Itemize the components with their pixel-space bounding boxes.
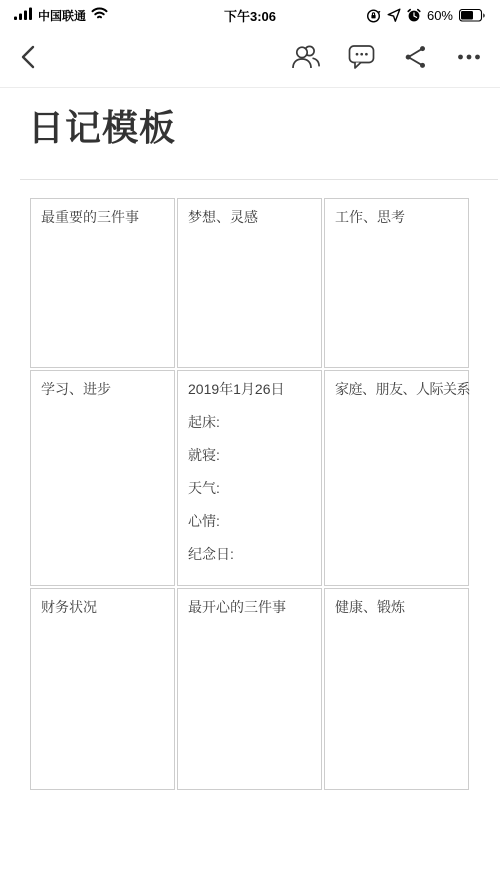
cell-text: 健康、锻炼: [335, 597, 458, 617]
table-row: 财务状况 最开心的三件事 健康、锻炼: [30, 588, 469, 790]
cell-text: 财务状况: [41, 597, 164, 617]
cell-text: 天气:: [188, 478, 311, 498]
table-cell-r2c1[interactable]: 学习、进步: [30, 370, 175, 586]
table-cell-r2c2[interactable]: 2019年1月26日 起床: 就寝: 天气: 心情: 纪念日:: [177, 370, 322, 586]
battery-percent-label: 60%: [427, 8, 453, 23]
battery-icon: [459, 9, 486, 22]
table-row: 学习、进步 2019年1月26日 起床: 就寝: 天气: 心情: 纪念日: 家庭…: [30, 370, 469, 586]
table-row: 最重要的三件事 梦想、灵感 工作、思考: [30, 198, 469, 368]
comments-button[interactable]: [348, 44, 376, 73]
date-text: 2019年1月26日: [188, 379, 311, 399]
cell-text: 梦想、灵感: [188, 207, 311, 227]
chevron-left-icon: [18, 44, 40, 73]
page-title: 日记模板: [28, 105, 500, 151]
collaborators-button[interactable]: [291, 44, 321, 73]
share-button[interactable]: [403, 44, 429, 73]
location-arrow-icon: [387, 8, 401, 22]
cell-text: 工作、思考: [335, 207, 458, 227]
cell-text: 起床:: [188, 412, 311, 432]
orientation-lock-icon: [366, 8, 381, 23]
back-button[interactable]: [18, 44, 40, 73]
people-icon: [291, 44, 321, 73]
note-content: 日记模板 最重要的三件事 梦想、灵感 工作、思考 学习、进步 2019年1月26…: [0, 105, 500, 792]
cell-text: 就寝:: [188, 445, 311, 465]
title-divider: [20, 179, 498, 180]
share-icon: [403, 44, 429, 73]
chat-bubble-icon: [348, 44, 376, 73]
table-cell-r1c2[interactable]: 梦想、灵感: [177, 198, 322, 368]
ellipsis-icon: [456, 44, 482, 73]
table-cell-r3c1[interactable]: 财务状况: [30, 588, 175, 790]
table-cell-r2c3[interactable]: 家庭、朋友、人际关系: [324, 370, 469, 586]
cell-text: 纪念日:: [188, 544, 311, 564]
cell-text: 学习、进步: [41, 379, 164, 399]
more-button[interactable]: [456, 44, 482, 73]
cell-text: 最重要的三件事: [41, 207, 164, 227]
nav-bar: [0, 30, 500, 88]
table-cell-r3c2[interactable]: 最开心的三件事: [177, 588, 322, 790]
table-cell-r3c3[interactable]: 健康、锻炼: [324, 588, 469, 790]
status-bar: 中国联通 下午3:06: [0, 0, 500, 30]
cell-text: 心情:: [188, 511, 311, 531]
diary-template-table: 最重要的三件事 梦想、灵感 工作、思考 学习、进步 2019年1月26日 起床:…: [28, 196, 471, 792]
table-cell-r1c1[interactable]: 最重要的三件事: [30, 198, 175, 368]
table-cell-r1c3[interactable]: 工作、思考: [324, 198, 469, 368]
alarm-clock-icon: [407, 8, 421, 22]
cell-text: 最开心的三件事: [188, 597, 311, 617]
cell-text: 家庭、朋友、人际关系: [335, 379, 458, 399]
